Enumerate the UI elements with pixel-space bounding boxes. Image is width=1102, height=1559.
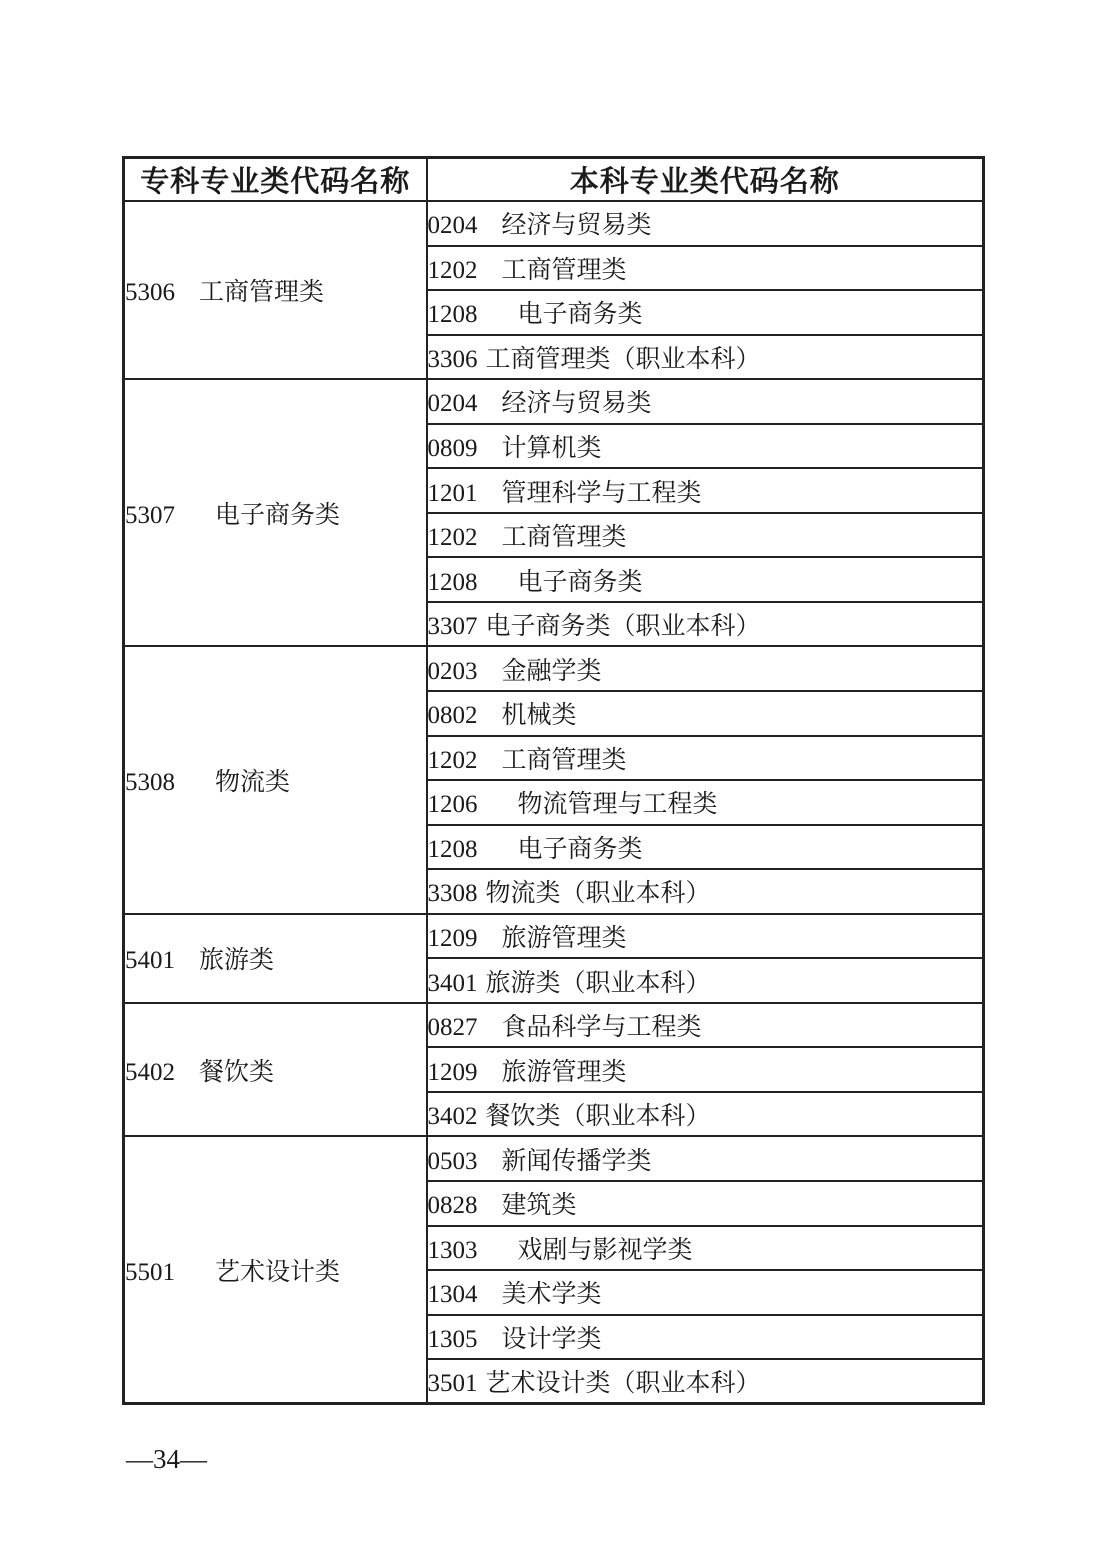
undergraduate-major-cell-1206: 1206物流管理与工程类 [427,780,984,825]
major-code: 5306 [125,279,175,307]
major-code: 1304 [428,1281,478,1309]
specialty-group-cell-5308: 5308物流类 [124,646,427,913]
undergraduate-major-cell-0203: 0203金融学类 [427,646,984,691]
major-code: 5308 [125,769,175,797]
major-code: 1202 [428,747,478,775]
major-code: 3501 [428,1370,478,1398]
major-name: 电子商务类（职业本科） [486,606,761,642]
undergraduate-major-cell-3307: 3307电子商务类（职业本科） [427,602,984,647]
major-name: 电子商务类 [518,294,643,330]
major-code: 0204 [428,212,478,240]
undergraduate-major-cell-1209: 1209旅游管理类 [427,1047,984,1092]
category-mapping-table: 专科专业类代码名称 本科专业类代码名称 5306工商管理类0204经济与贸易类1… [122,156,985,1405]
major-code: 0503 [428,1148,478,1176]
specialty-group-cell-5401: 5401旅游类 [124,914,427,1003]
major-name: 戏剧与影视学类 [518,1230,693,1266]
table-row: 5402餐饮类0827食品科学与工程类 [124,1003,984,1048]
table-header-row: 专科专业类代码名称 本科专业类代码名称 [124,158,984,202]
major-name: 物流类 [215,762,290,798]
major-name: 金融学类 [502,651,602,687]
major-name: 电子商务类 [518,562,643,598]
undergraduate-major-cell-0827: 0827食品科学与工程类 [427,1003,984,1048]
major-code: 0802 [428,702,478,730]
document-page: 专科专业类代码名称 本科专业类代码名称 5306工商管理类0204经济与贸易类1… [0,0,1102,1559]
major-name: 经济与贸易类 [502,205,652,241]
major-code: 3306 [428,346,478,374]
major-name: 建筑类 [502,1185,577,1221]
major-name: 旅游管理类 [502,918,627,954]
specialty-group-cell-5307: 5307电子商务类 [124,379,427,646]
major-name: 工商管理类 [199,272,324,308]
undergraduate-major-cell-0802: 0802机械类 [427,691,984,736]
table-row: 5307电子商务类0204经济与贸易类 [124,379,984,424]
major-name: 工商管理类 [502,740,627,776]
undergraduate-major-cell-3402: 3402餐饮类（职业本科） [427,1092,984,1137]
major-name: 餐饮类（职业本科） [486,1096,711,1132]
major-name: 美术学类 [502,1274,602,1310]
major-name: 食品科学与工程类 [502,1007,702,1043]
table-row: 5306工商管理类0204经济与贸易类 [124,201,984,246]
major-code: 3401 [428,970,478,998]
major-code: 0809 [428,435,478,463]
undergraduate-major-cell-1305: 1305设计学类 [427,1315,984,1360]
undergraduate-major-cell-0204: 0204经济与贸易类 [427,201,984,246]
major-code: 1208 [428,569,478,597]
major-code: 1209 [428,1059,478,1087]
major-name: 经济与贸易类 [502,383,652,419]
major-code: 0828 [428,1192,478,1220]
major-code: 0204 [428,390,478,418]
undergraduate-major-cell-0503: 0503新闻传播学类 [427,1136,984,1181]
undergraduate-major-cell-1202: 1202工商管理类 [427,246,984,291]
table-row: 5308物流类0203金融学类 [124,646,984,691]
undergraduate-major-cell-1209: 1209旅游管理类 [427,914,984,959]
undergraduate-major-cell-0809: 0809计算机类 [427,424,984,469]
major-name: 电子商务类 [215,495,340,531]
major-name: 电子商务类 [518,829,643,865]
major-code: 5501 [125,1259,175,1287]
major-name: 餐饮类 [199,1052,274,1088]
major-code: 0203 [428,658,478,686]
table-row: 5501艺术设计类0503新闻传播学类 [124,1136,984,1181]
major-code: 1202 [428,257,478,285]
table-body: 5306工商管理类0204经济与贸易类1202工商管理类1208电子商务类330… [124,201,984,1404]
major-name: 工商管理类（职业本科） [486,339,761,375]
undergraduate-major-cell-1202: 1202工商管理类 [427,513,984,558]
undergraduate-major-cell-1208: 1208电子商务类 [427,290,984,335]
table-row: 5401旅游类1209旅游管理类 [124,914,984,959]
page-number: —34— [126,1444,207,1475]
major-code: 1208 [428,836,478,864]
major-code: 1303 [428,1237,478,1265]
undergraduate-major-cell-1303: 1303戏剧与影视学类 [427,1226,984,1271]
undergraduate-major-cell-1201: 1201管理科学与工程类 [427,468,984,513]
major-code: 5307 [125,502,175,530]
column-header-undergraduate: 本科专业类代码名称 [427,158,984,202]
undergraduate-major-cell-3306: 3306工商管理类（职业本科） [427,335,984,380]
major-name: 工商管理类 [502,250,627,286]
major-code: 5401 [125,947,175,975]
major-code: 3307 [428,613,478,641]
major-name: 设计学类 [502,1319,602,1355]
major-name: 工商管理类 [502,517,627,553]
major-name: 艺术设计类 [215,1252,340,1288]
major-code: 1209 [428,925,478,953]
major-name: 旅游类 [199,940,274,976]
major-code: 1206 [428,791,478,819]
undergraduate-major-cell-3501: 3501艺术设计类（职业本科） [427,1359,984,1404]
specialty-group-cell-5306: 5306工商管理类 [124,201,427,379]
major-name: 管理科学与工程类 [502,473,702,509]
major-name: 计算机类 [502,428,602,464]
undergraduate-major-cell-1208: 1208电子商务类 [427,825,984,870]
major-code: 3402 [428,1103,478,1131]
major-code: 1208 [428,301,478,329]
specialty-group-cell-5402: 5402餐饮类 [124,1003,427,1137]
major-name: 新闻传播学类 [502,1141,652,1177]
major-name: 旅游管理类 [502,1052,627,1088]
undergraduate-major-cell-1304: 1304美术学类 [427,1270,984,1315]
undergraduate-major-cell-3308: 3308物流类（职业本科） [427,869,984,914]
major-code: 5402 [125,1059,175,1087]
undergraduate-major-cell-0828: 0828建筑类 [427,1181,984,1226]
major-code: 3308 [428,880,478,908]
major-code: 0827 [428,1014,478,1042]
specialty-group-cell-5501: 5501艺术设计类 [124,1136,427,1403]
undergraduate-major-cell-1202: 1202工商管理类 [427,736,984,781]
major-name: 物流管理与工程类 [518,784,718,820]
undergraduate-major-cell-0204: 0204经济与贸易类 [427,379,984,424]
major-name: 机械类 [502,695,577,731]
major-code: 1305 [428,1326,478,1354]
undergraduate-major-cell-1208: 1208电子商务类 [427,557,984,602]
column-header-specialty: 专科专业类代码名称 [124,158,427,202]
major-code: 1202 [428,524,478,552]
undergraduate-major-cell-3401: 3401旅游类（职业本科） [427,958,984,1003]
major-name: 艺术设计类（职业本科） [486,1363,761,1399]
major-code: 1201 [428,480,478,508]
major-name: 旅游类（职业本科） [486,963,711,999]
major-name: 物流类（职业本科） [486,873,711,909]
